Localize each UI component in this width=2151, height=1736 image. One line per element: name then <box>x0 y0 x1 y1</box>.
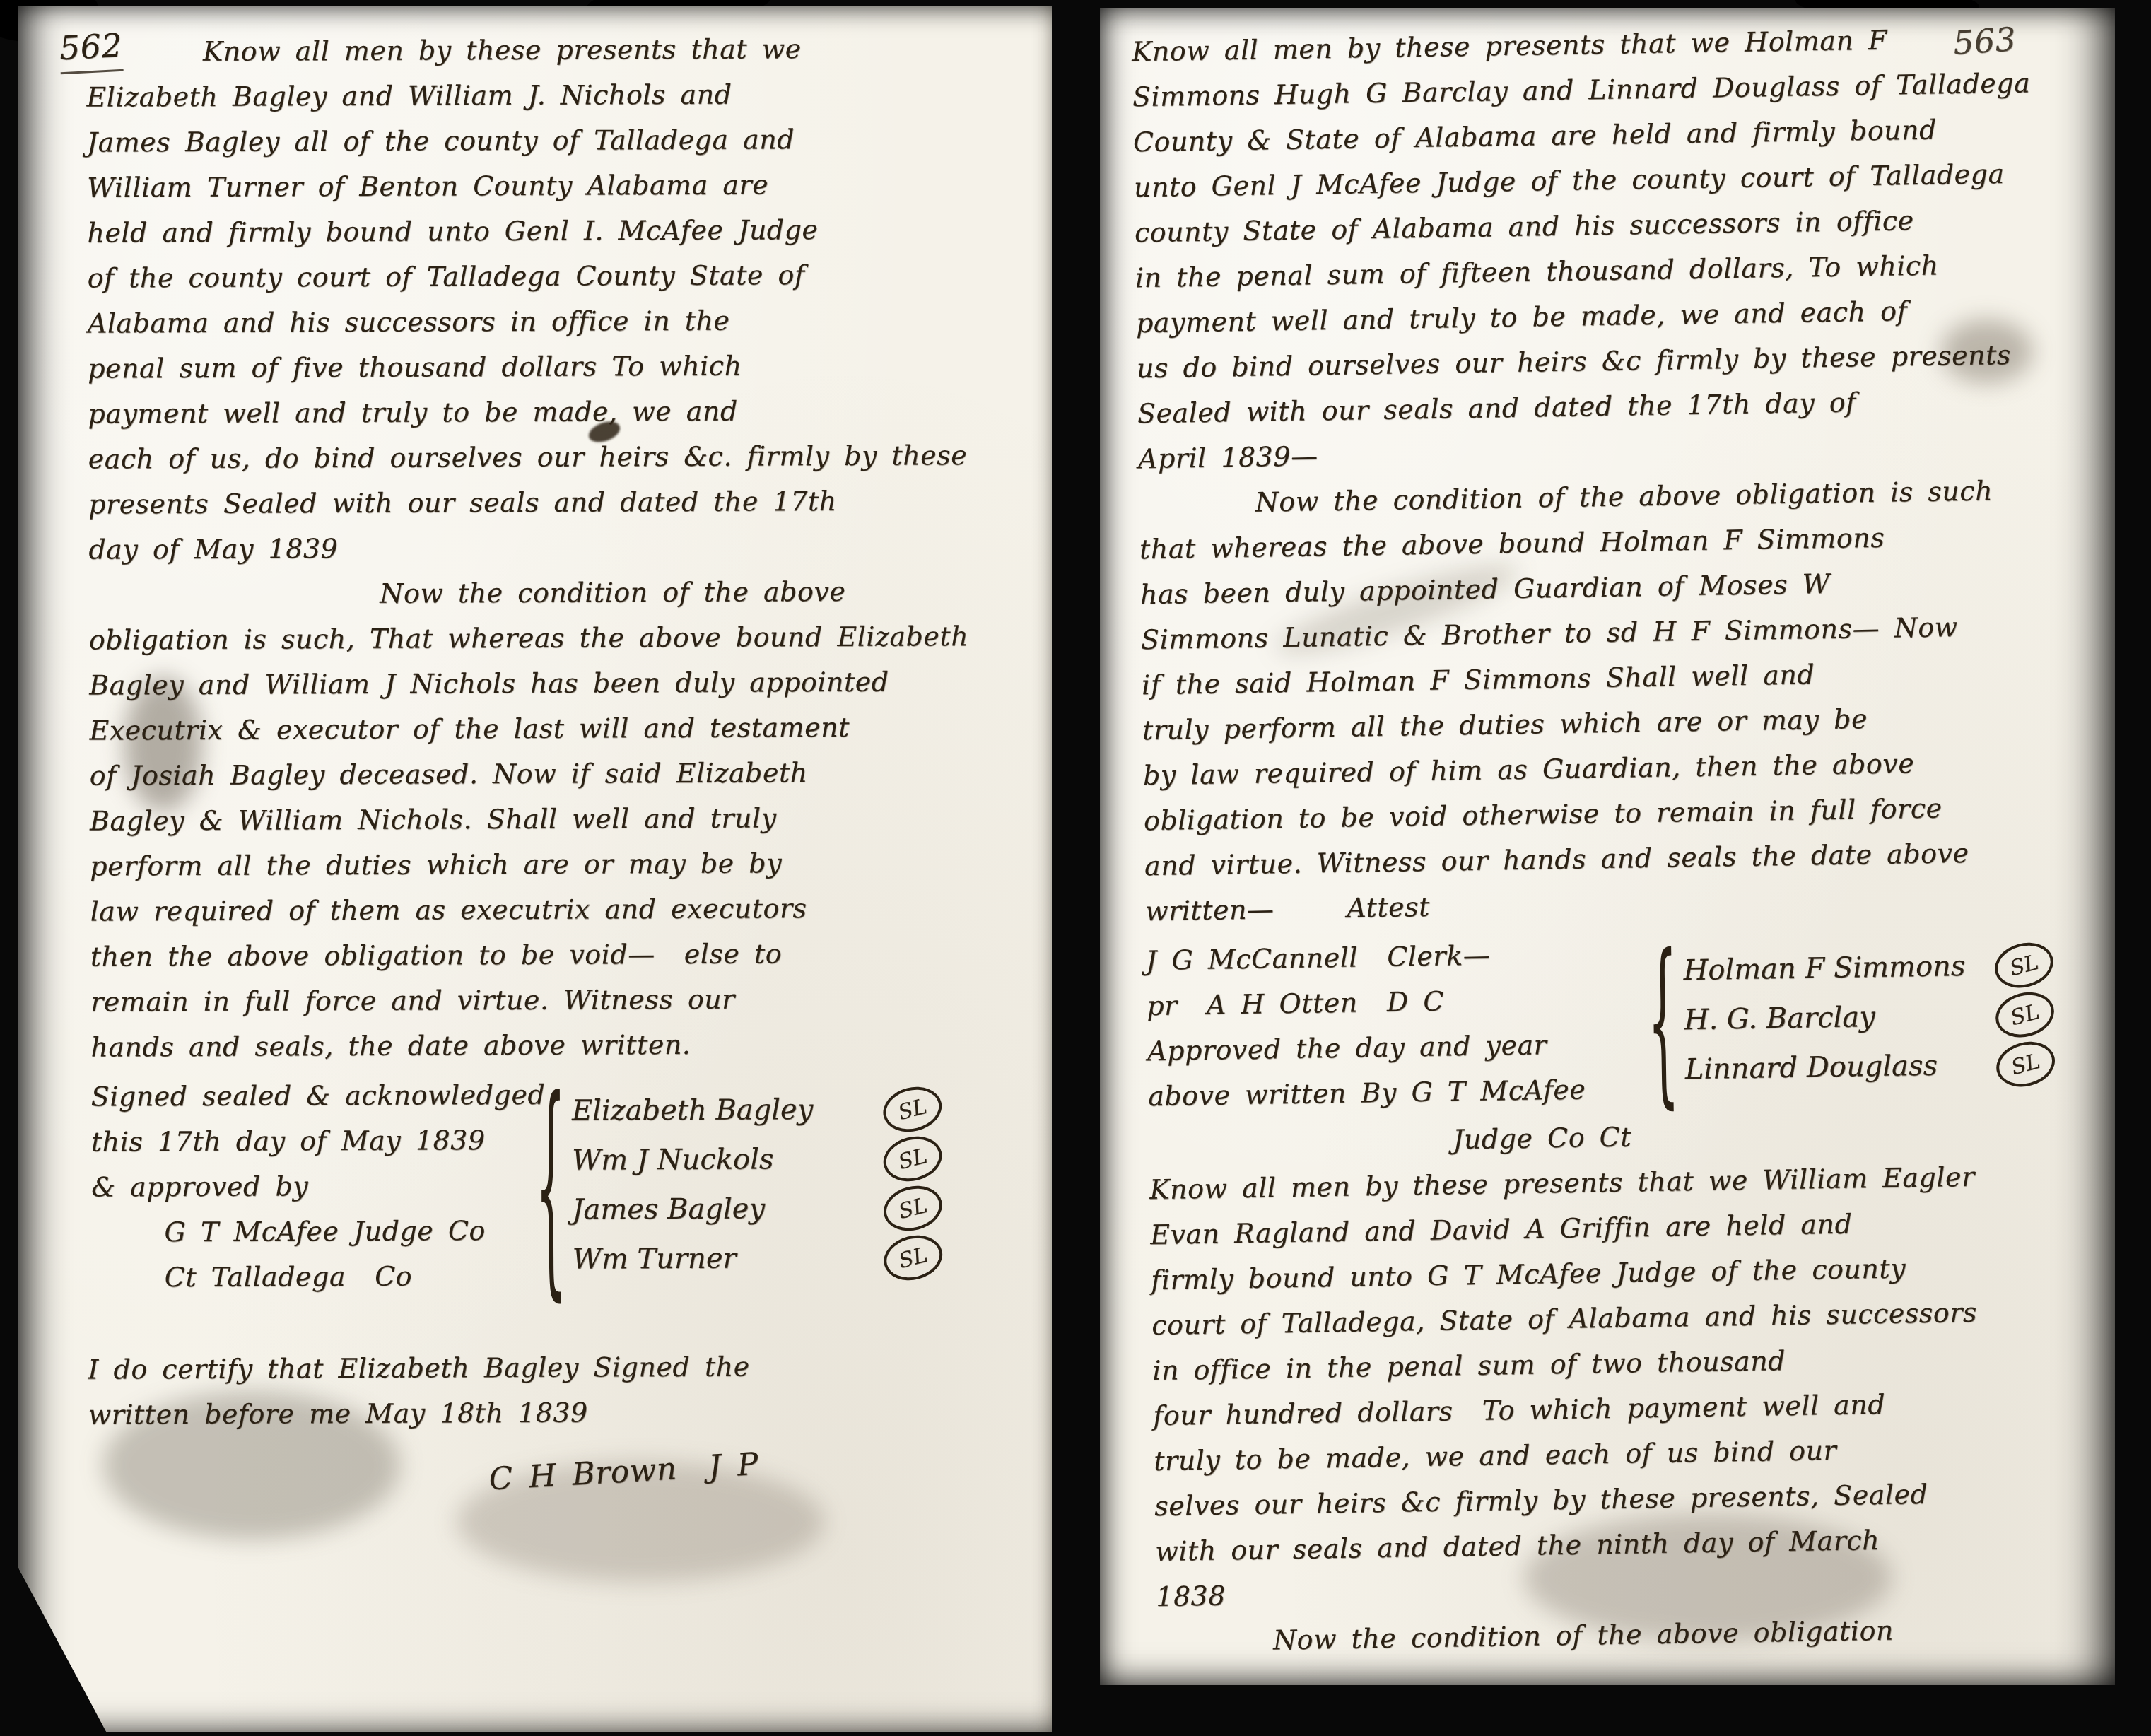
handwritten-line: James Bagley all of the county of Tallad… <box>87 116 1033 165</box>
left-attestation: Signed sealed & acknowledgedthis 17th da… <box>91 1072 530 1301</box>
handwritten-line: day of May 1839 <box>88 523 1034 573</box>
signature-name: Wm Turner <box>573 1242 884 1276</box>
right-page: 563 Know all men by these presents that … <box>1100 8 2115 1685</box>
scanned-record-book: { "document": { "colors": { "ink": "#2b2… <box>0 0 2151 1736</box>
right-signature-area: J G McCannell Clerk—pr A H Otten D CAppr… <box>1146 923 2114 1119</box>
handwritten-line: G T McAfee Judge Co <box>91 1208 529 1255</box>
left-page-body: Know all men by these presents that weEl… <box>18 1 1058 1490</box>
handwritten-line: Bagley and William J Nichols has been du… <box>89 659 1035 708</box>
seal-mark: SL <box>1990 937 2058 995</box>
handwritten-line: of Josiah Bagley deceased. Now if said E… <box>90 749 1036 799</box>
signature-row: Elizabeth BagleySL <box>572 1084 942 1135</box>
left-page: 562 Know all men by these presents that … <box>18 6 1052 1732</box>
right-body-lines: Know all men by these presents that we H… <box>1131 14 2111 934</box>
handwritten-line: remain in full force and virtue. Witness… <box>90 975 1036 1025</box>
signature-row: Holman F SimmonsSL <box>1683 940 2054 995</box>
handwritten-line: Alabama and his successors in office in … <box>88 297 1033 346</box>
signature-row: James BagleySL <box>572 1183 942 1234</box>
handwritten-line: Know all men by these presents that we <box>86 25 1032 75</box>
seal-mark: SL <box>878 1081 946 1138</box>
handwritten-line: Bagley & William Nichols. Shall well and… <box>90 794 1036 844</box>
right-body2-lines: Know all men by these presents that we W… <box>1149 1152 2123 1665</box>
left-signatures: Elizabeth BagleySLWm J NuckolsSLJames Ba… <box>572 1070 943 1298</box>
signature-brace: { <box>537 846 565 1525</box>
handwritten-line: & approved by <box>91 1163 529 1210</box>
handwritten-line: Executrix & executor of the last will an… <box>89 704 1035 753</box>
handwritten-line: J G McCannell Clerk— <box>1146 930 1641 983</box>
signature-row: H. G. BarclaySL <box>1684 990 2055 1045</box>
handwritten-line: Now the condition of the above <box>88 568 1034 618</box>
handwritten-line: penal sum of five thousand dollars To wh… <box>88 342 1033 392</box>
handwritten-line: Signed sealed & acknowledged <box>91 1072 529 1120</box>
handwritten-line: then the above obligation to be void— el… <box>90 930 1036 980</box>
signature-name: Holman F Simmons <box>1683 949 1995 987</box>
right-signatures: Holman F SimmonsSLH. G. BarclaySLLinnard… <box>1683 924 2056 1110</box>
handwritten-line: payment well and truly to be made, we an… <box>88 387 1033 437</box>
handwritten-line: this 17th day of May 1839 <box>91 1118 529 1165</box>
handwritten-line: Ct Talladega Co <box>92 1253 530 1301</box>
handwritten-line: pr A H Otten D C <box>1147 975 1642 1028</box>
signature-name: Linnard Douglass <box>1684 1048 1996 1086</box>
signature-name: James Bagley <box>572 1192 883 1226</box>
handwritten-line: held and firmly bound unto Genl I. McAfe… <box>87 206 1033 256</box>
seal-mark: SL <box>879 1229 947 1286</box>
signature-name: Wm J Nuckols <box>572 1143 883 1177</box>
handwritten-line: above written By G T McAfee <box>1148 1066 1643 1119</box>
handwritten-line: of the county court of Talladega County … <box>88 252 1033 301</box>
signature-row: Wm J NuckolsSL <box>572 1134 942 1185</box>
handwritten-line: law required of them as executrix and ex… <box>90 885 1036 934</box>
signature-name: H. G. Barclay <box>1684 999 1995 1036</box>
handwritten-line: obligation is such, That whereas the abo… <box>89 614 1035 663</box>
handwritten-line: Approved the day and year <box>1147 1021 1643 1074</box>
seal-mark: SL <box>879 1130 947 1187</box>
seal-mark: SL <box>879 1180 947 1237</box>
signature-row: Wm TurnerSL <box>573 1233 943 1284</box>
seal-mark: SL <box>1991 986 2059 1044</box>
handwritten-line: each of us, do bind ourselves our heirs … <box>88 433 1034 482</box>
handwritten-line: presents Sealed with our seals and dated… <box>88 478 1034 527</box>
signature-row: Linnard DouglassSL <box>1684 1039 2056 1094</box>
handwritten-line: perform all the duties which are or may … <box>90 840 1036 889</box>
signature-name: Elizabeth Bagley <box>572 1093 883 1127</box>
handwritten-line: Elizabeth Bagley and William J. Nichols … <box>86 71 1032 120</box>
left-signature-area: Signed sealed & acknowledgedthis 17th da… <box>91 1070 1038 1301</box>
handwritten-line: William Turner of Benton County Alabama … <box>87 161 1033 211</box>
right-attestation: J G McCannell Clerk—pr A H Otten D CAppr… <box>1146 930 1643 1119</box>
seal-mark: SL <box>1991 1036 2060 1093</box>
right-page-body: Know all men by these presents that we H… <box>1100 0 2141 1665</box>
